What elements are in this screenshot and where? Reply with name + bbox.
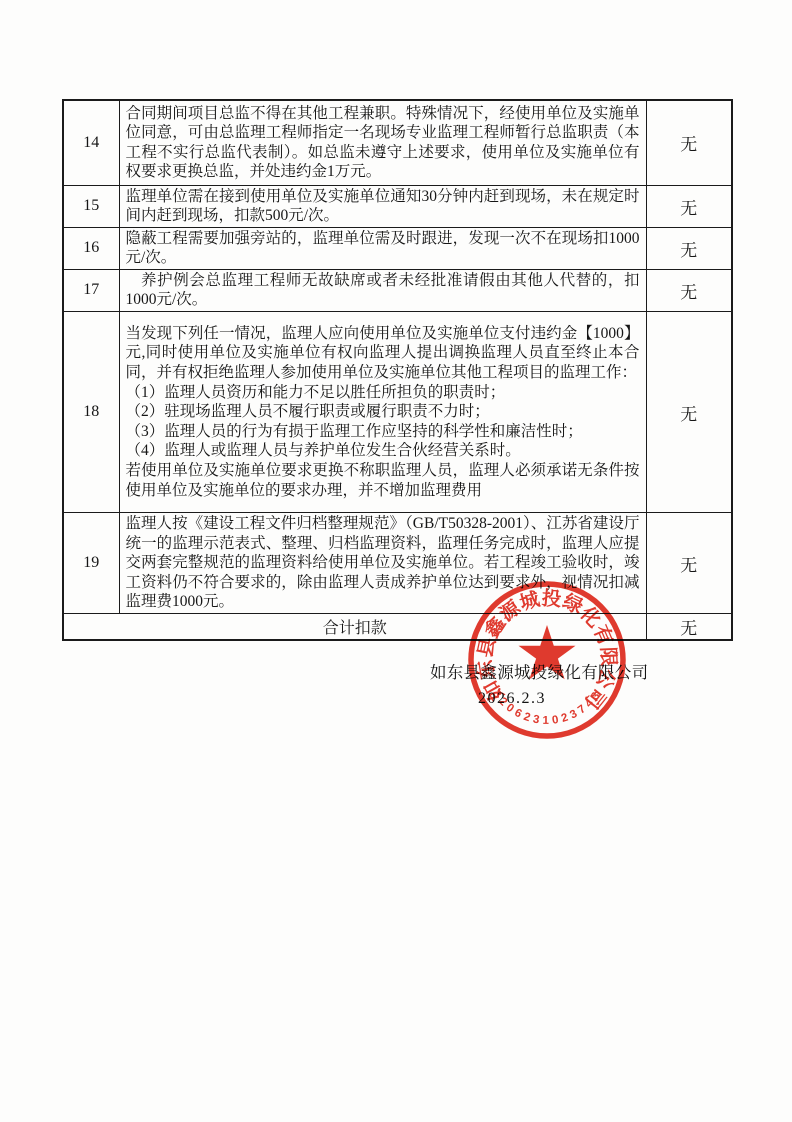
seal-star-icon (519, 625, 576, 679)
clause-paragraph: （2）驻现场监理人员不履行职责或履行职责不力时； (126, 402, 640, 422)
row-number-cell: 15 (63, 185, 119, 227)
row-number-cell: 14 (63, 100, 119, 185)
table-row: 18当发现下列任一情况，监理人应向使用单位及实施单位支付违约金【1000】元,同… (63, 312, 732, 513)
table-row: 16隐蔽工程需要加强旁站的，监理单位需及时跟进，发现一次不在现场扣1000元/次… (63, 227, 732, 269)
row-number-cell: 18 (63, 312, 119, 513)
clause-paragraph: （3）监理人员的行为有损于监理工作应坚持的科学性和廉洁性时； (126, 422, 640, 442)
clause-paragraph: 若使用单位及实施单位要求更换不称职监理人员，监理人必须承诺无条件按使用单位及实施… (126, 461, 640, 500)
row-number-cell: 16 (63, 227, 119, 269)
penalty-table-body: 14合同期间项目总监不得在其他工程兼职。特殊情况下，经使用单位及实施单位同意，可… (63, 100, 732, 640)
penalty-value-cell: 无 (646, 185, 732, 227)
clause-paragraph: 养护例会总监理工程师无故缺席或者未经批准请假由其他人代替的，扣1000元/次。 (126, 271, 640, 310)
company-seal-stamp: 如东县鑫源城投绿化有限公司 3206231023743 (462, 575, 632, 745)
row-number-cell: 19 (63, 513, 119, 614)
penalty-table: 14合同期间项目总监不得在其他工程兼职。特殊情况下，经使用单位及实施单位同意，可… (62, 99, 733, 641)
table-row: 14合同期间项目总监不得在其他工程兼职。特殊情况下，经使用单位及实施单位同意，可… (63, 100, 732, 185)
document-page: 14合同期间项目总监不得在其他工程兼职。特殊情况下，经使用单位及实施单位同意，可… (0, 0, 792, 1122)
penalty-value-cell: 无 (646, 269, 732, 311)
total-value-cell: 无 (646, 614, 732, 641)
clause-text-cell: 养护例会总监理工程师无故缺席或者未经批准请假由其他人代替的，扣1000元/次。 (119, 269, 646, 311)
clause-text-cell: 合同期间项目总监不得在其他工程兼职。特殊情况下，经使用单位及实施单位同意，可由总… (119, 100, 646, 185)
clause-text-cell: 隐蔽工程需要加强旁站的，监理单位需及时跟进，发现一次不在现场扣1000元/次。 (119, 227, 646, 269)
clause-paragraph: （4）监理人或监理人员与养护单位发生合伙经营关系时。 (126, 441, 640, 461)
clause-paragraph: 合同期间项目总监不得在其他工程兼职。特殊情况下，经使用单位及实施单位同意，可由总… (126, 104, 640, 182)
clause-paragraph: 隐蔽工程需要加强旁站的，监理单位需及时跟进，发现一次不在现场扣1000元/次。 (126, 229, 640, 268)
clause-paragraph: 当发现下列任一情况，监理人应向使用单位及实施单位支付违约金【1000】元,同时使… (126, 324, 640, 383)
table-row: 17养护例会总监理工程师无故缺席或者未经批准请假由其他人代替的，扣1000元/次… (63, 269, 732, 311)
penalty-value-cell: 无 (646, 513, 732, 614)
row-number-cell: 17 (63, 269, 119, 311)
clause-paragraph: （1）监理人员资历和能力不足以胜任所担负的职责时； (126, 383, 640, 403)
clause-text-cell: 当发现下列任一情况，监理人应向使用单位及实施单位支付违约金【1000】元,同时使… (119, 312, 646, 513)
clause-text-cell: 监理单位需在接到使用单位及实施单位通知30分钟内赶到现场，未在规定时间内赶到现场… (119, 185, 646, 227)
penalty-value-cell: 无 (646, 100, 732, 185)
penalty-value-cell: 无 (646, 312, 732, 513)
table-row: 15监理单位需在接到使用单位及实施单位通知30分钟内赶到现场，未在规定时间内赶到… (63, 185, 732, 227)
clause-paragraph: 监理单位需在接到使用单位及实施单位通知30分钟内赶到现场，未在规定时间内赶到现场… (126, 187, 640, 226)
penalty-value-cell: 无 (646, 227, 732, 269)
